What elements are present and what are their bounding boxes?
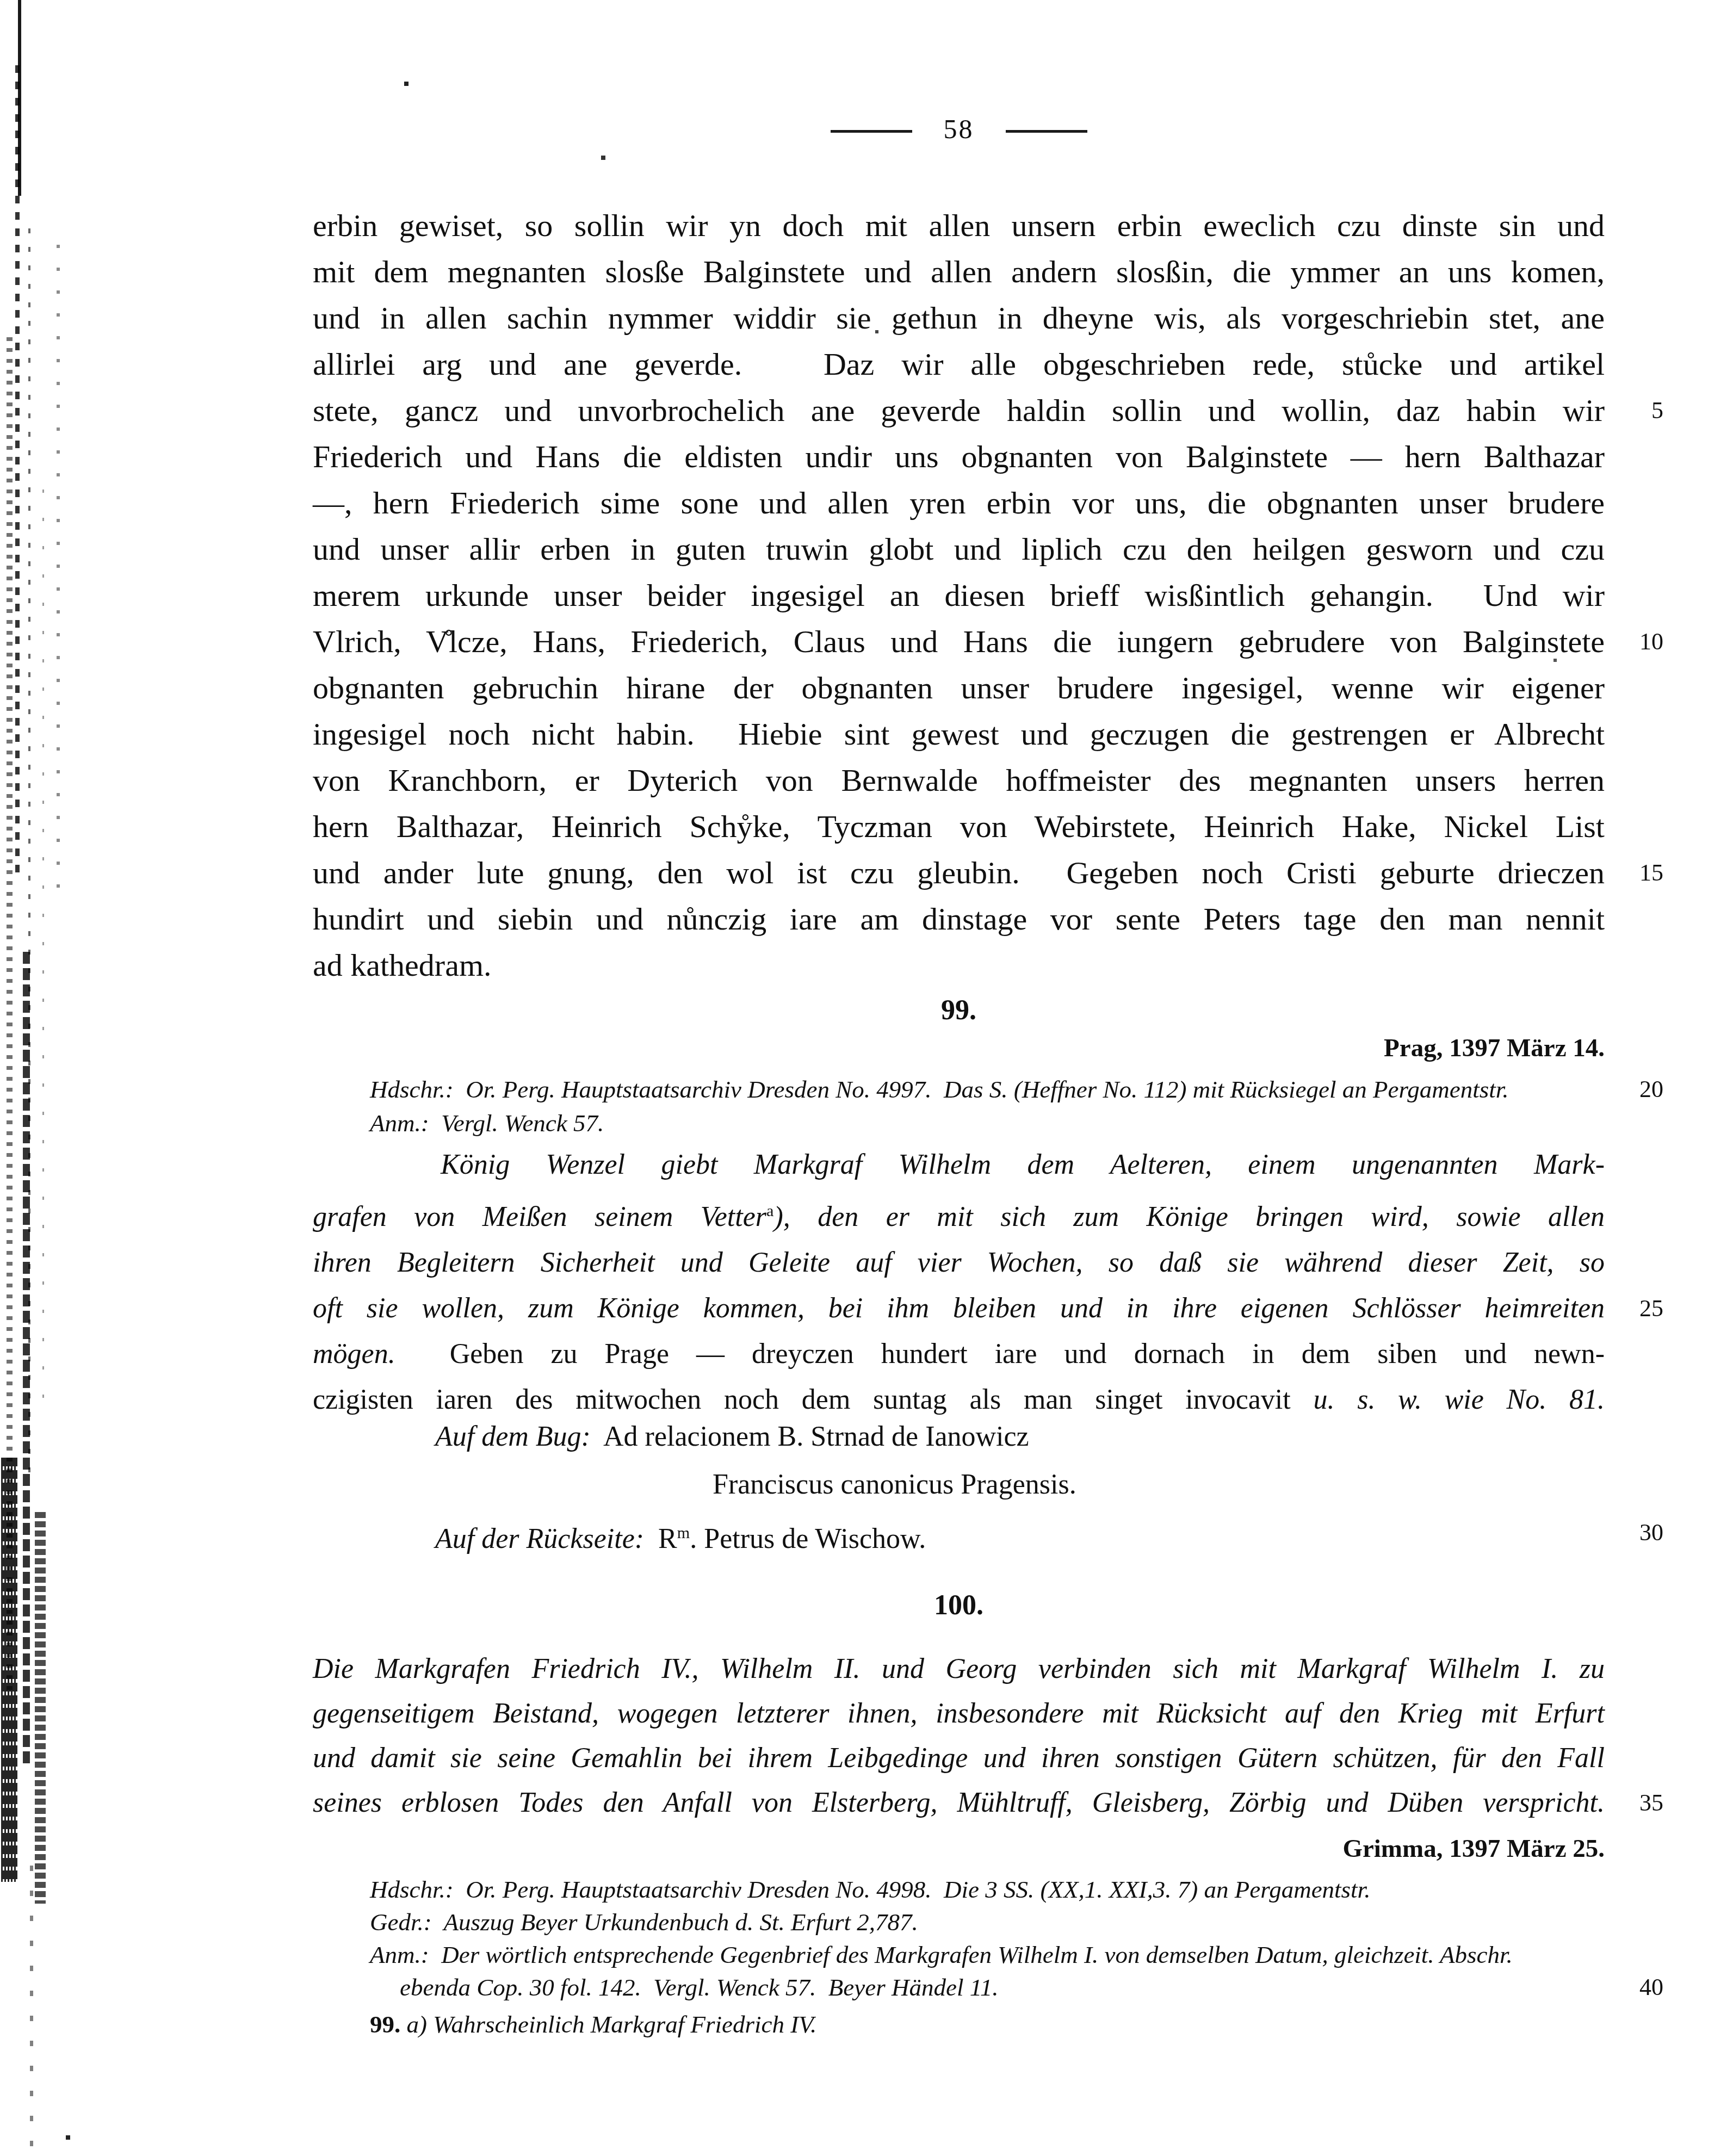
ink-specks	[0, 0, 2, 2]
text-line: gegenseitigem Beistand, wogegen letztere…	[313, 1692, 1605, 1736]
text-line: merem urkunde unser beider ingesigel an …	[313, 572, 1605, 618]
entry-100-heading: 100.	[313, 1589, 1605, 1621]
text-run: seines erblosen Todes den Anfall von Els…	[313, 1787, 1605, 1818]
noise-streak	[1, 1458, 17, 1882]
text-line: ingesigel noch nicht habin. Hiebie sint …	[313, 711, 1605, 757]
text-run: Auf dem Bug:	[435, 1421, 591, 1452]
text-run: Franciscus canonicus Pragensis.	[713, 1469, 1076, 1500]
text-run: Die Markgrafen Friedrich IV., Wilhelm II…	[313, 1653, 1605, 1684]
noise-streak	[30, 1866, 33, 2156]
text-run: 99.	[370, 2011, 400, 2038]
noise-streak	[23, 952, 30, 1768]
margin-line-number: 5	[1651, 387, 1663, 433]
text-line: —, hern Friederich sime sone und allen y…	[313, 480, 1605, 526]
entry-100-place-date: Grimma, 1397 März 25.	[313, 1834, 1605, 1863]
text-run: a) Wahrscheinlich Markgraf Friedrich IV.	[400, 2011, 816, 2038]
text-line: Die Markgrafen Friedrich IV., Wilhelm II…	[313, 1647, 1605, 1692]
text-run: ihren Begleitern Sicherheit und Geleite …	[313, 1247, 1605, 1278]
text-run: . Petrus de Wischow.	[690, 1523, 926, 1554]
scanned-page: 58 erbin gewiset, so sollin wir yn doch …	[0, 0, 1733, 2156]
text-line: hern Balthazar, Heinrich Schẙke, Tyczman…	[313, 803, 1605, 850]
text-run: Auf der Rückseite:	[435, 1523, 644, 1554]
entry-99-apparatus-notes: Hdschr.: Or. Perg. Hauptstaatsarchiv Dre…	[313, 1073, 1605, 1140]
text-line: und unser allir erben in guten truwin gl…	[313, 526, 1605, 572]
text-line: Auf dem Bug: Ad relacionem B. Strnad de …	[313, 1413, 1605, 1461]
text-run: ad kathedram.	[313, 947, 492, 983]
text-run: erbin gewiset, so sollin wir yn doch mit…	[313, 208, 1605, 243]
page-number: 58	[944, 113, 974, 145]
text-line: hundirt und siebin und nůnczig iare am d…	[313, 896, 1605, 942]
text-run: obgnanten gebruchin hirane der obgnanten…	[313, 670, 1605, 705]
text-line: allirlei arg und ane geverde. Daz wir al…	[313, 341, 1605, 387]
text-line: Vlrich, V̊lcze, Hans, Friederich, Claus …	[313, 618, 1605, 665]
text-run: czigisten iaren des mitwochen noch dem s…	[313, 1384, 1313, 1415]
text-line: Anm.: Vergl. Wenck 57.	[313, 1106, 1605, 1140]
text-run: a	[766, 1201, 773, 1220]
entry-100-summary: Die Markgrafen Friedrich IV., Wilhelm II…	[313, 1647, 1605, 1825]
text-run: grafen von Meißen seinem Vetter	[313, 1201, 766, 1232]
text-line: Franciscus canonicus Pragensis.	[313, 1461, 1605, 1509]
entry-99-dorsal-notes: Auf dem Bug: Ad relacionem B. Strnad de …	[313, 1413, 1605, 1563]
text-line: und ander lute gnung, den wol ist czu gl…	[313, 850, 1605, 896]
text-run: Anm.: Vergl. Wenck 57.	[370, 1110, 604, 1137]
noise-streak	[57, 245, 60, 897]
charter-text-block: erbin gewiset, so sollin wir yn doch mit…	[313, 202, 1605, 988]
text-run: merem urkunde unser beider ingesigel an …	[313, 578, 1605, 613]
head-rule-left	[831, 130, 912, 133]
text-run: Anm.: Der wörtlich entsprechende Gegenbr…	[370, 1941, 1513, 1968]
text-run: ), den er mit sich zum Könige bringen wi…	[773, 1201, 1605, 1232]
text-line: Gedr.: Auszug Beyer Urkundenbuch d. St. …	[313, 1906, 1605, 1938]
text-line: und damit sie seine Gemahlin bei ihrem L…	[313, 1736, 1605, 1781]
text-run: R	[644, 1523, 677, 1554]
text-line: und in allen sachin nymmer widdir sie ge…	[313, 295, 1605, 341]
text-line: Auf der Rückseite: Rm. Petrus de Wischow…	[313, 1509, 1605, 1563]
entry-99-heading: 99.	[313, 994, 1605, 1026]
text-run: Ad relacionem B. Strnad de Ianowicz	[591, 1421, 1029, 1452]
text-line: König Wenzel giebt Markgraf Wilhelm dem …	[313, 1142, 1605, 1188]
text-run: und unser allir erben in guten truwin gl…	[313, 531, 1605, 567]
text-run: oft sie wollen, zum Könige kommen, bei i…	[313, 1293, 1605, 1324]
noise-streak	[42, 490, 44, 1414]
text-line: grafen von Meißen seinem Vettera), den e…	[313, 1188, 1605, 1240]
text-run: hundirt und siebin und nůnczig iare am d…	[313, 901, 1605, 937]
running-head: 58	[313, 109, 1605, 149]
entry-100-apparatus-notes: Hdschr.: Or. Perg. Hauptstaatsarchiv Dre…	[313, 1873, 1605, 2004]
text-line: 99. a) Wahrscheinlich Markgraf Friedrich…	[313, 2008, 1605, 2041]
binding-edge-noise	[0, 0, 103, 2156]
entry-99-summary: König Wenzel giebt Markgraf Wilhelm dem …	[313, 1142, 1605, 1423]
text-run: König Wenzel giebt Markgraf Wilhelm dem …	[441, 1149, 1605, 1180]
margin-line-number: 10	[1639, 618, 1663, 665]
text-run: mögen.	[313, 1339, 395, 1370]
margin-line-number: 25	[1639, 1286, 1663, 1331]
head-rule-right	[1006, 130, 1087, 133]
text-run: Hdschr.: Or. Perg. Hauptstaatsarchiv Dre…	[370, 1876, 1370, 1903]
text-run: ingesigel noch nicht habin. Hiebie sint …	[313, 716, 1605, 752]
text-line: seines erblosen Todes den Anfall von Els…	[313, 1781, 1605, 1825]
entry-99-place-date: Prag, 1397 März 14.	[313, 1033, 1605, 1063]
margin-line-number: 30	[1639, 1509, 1663, 1557]
text-run: stete, gancz und unvorbrochelich ane gev…	[313, 393, 1605, 428]
text-line: von Kranchborn, er Dyterich von Bernwald…	[313, 757, 1605, 803]
text-line: ihren Begleitern Sicherheit und Geleite …	[313, 1240, 1605, 1286]
text-run: allirlei arg und ane geverde. Daz wir al…	[313, 346, 1605, 382]
text-line: ebenda Cop. 30 fol. 142. Vergl. Wenck 57…	[313, 1971, 1605, 2004]
text-run: hern Balthazar, Heinrich Schẙke, Tyczman…	[313, 809, 1605, 844]
text-line: mit dem megnanten slosße Balginstete und…	[313, 249, 1605, 295]
text-run: Friederich und Hans die eldisten undir u…	[313, 439, 1605, 474]
margin-line-number: 35	[1639, 1781, 1663, 1825]
margin-line-number: 15	[1639, 850, 1663, 896]
text-run: ebenda Cop. 30 fol. 142. Vergl. Wenck 57…	[400, 1974, 999, 2001]
text-run: Gedr.: Auszug Beyer Urkundenbuch d. St. …	[370, 1909, 918, 1936]
text-run: und in allen sachin nymmer widdir sie ge…	[313, 300, 1605, 336]
margin-line-number: 20	[1639, 1073, 1663, 1106]
text-run: m	[677, 1523, 690, 1542]
text-run: —, hern Friederich sime sone und allen y…	[313, 485, 1605, 521]
text-run: und ander lute gnung, den wol ist czu gl…	[313, 855, 1605, 890]
text-line: mögen. Geben zu Prage — dreyczen hundert…	[313, 1331, 1605, 1377]
text-run: Hdschr.: Or. Perg. Hauptstaatsarchiv Dre…	[370, 1076, 1509, 1103]
text-line: erbin gewiset, so sollin wir yn doch mit…	[313, 202, 1605, 249]
text-run: gegenseitigem Beistand, wogegen letztere…	[313, 1698, 1605, 1729]
text-line: obgnanten gebruchin hirane der obgnanten…	[313, 665, 1605, 711]
margin-line-number: 40	[1639, 1971, 1663, 2004]
text-line: Anm.: Der wörtlich entsprechende Gegenbr…	[313, 1938, 1605, 1971]
footnote-block: 99. a) Wahrscheinlich Markgraf Friedrich…	[313, 2008, 1605, 2041]
text-run: von Kranchborn, er Dyterich von Bernwald…	[313, 763, 1605, 798]
text-run: mit dem megnanten slosße Balginstete und…	[313, 254, 1605, 289]
text-line: Hdschr.: Or. Perg. Hauptstaatsarchiv Dre…	[313, 1073, 1605, 1106]
text-run: und damit sie seine Gemahlin bei ihrem L…	[313, 1743, 1605, 1774]
text-line: Hdschr.: Or. Perg. Hauptstaatsarchiv Dre…	[313, 1873, 1605, 1906]
noise-streak	[35, 1512, 46, 1904]
noise-streak	[15, 65, 20, 881]
text-run: u. s. w. wie No. 81.	[1313, 1384, 1605, 1415]
text-line: ad kathedram.	[313, 942, 1605, 988]
text-line: oft sie wollen, zum Könige kommen, bei i…	[313, 1286, 1605, 1331]
text-line: stete, gancz und unvorbrochelich ane gev…	[313, 387, 1605, 433]
text-run: Vlrich, V̊lcze, Hans, Friederich, Claus …	[313, 624, 1605, 659]
text-run: Geben zu Prage — dreyczen hundert iare u…	[395, 1339, 1605, 1370]
text-line: Friederich und Hans die eldisten undir u…	[313, 433, 1605, 480]
